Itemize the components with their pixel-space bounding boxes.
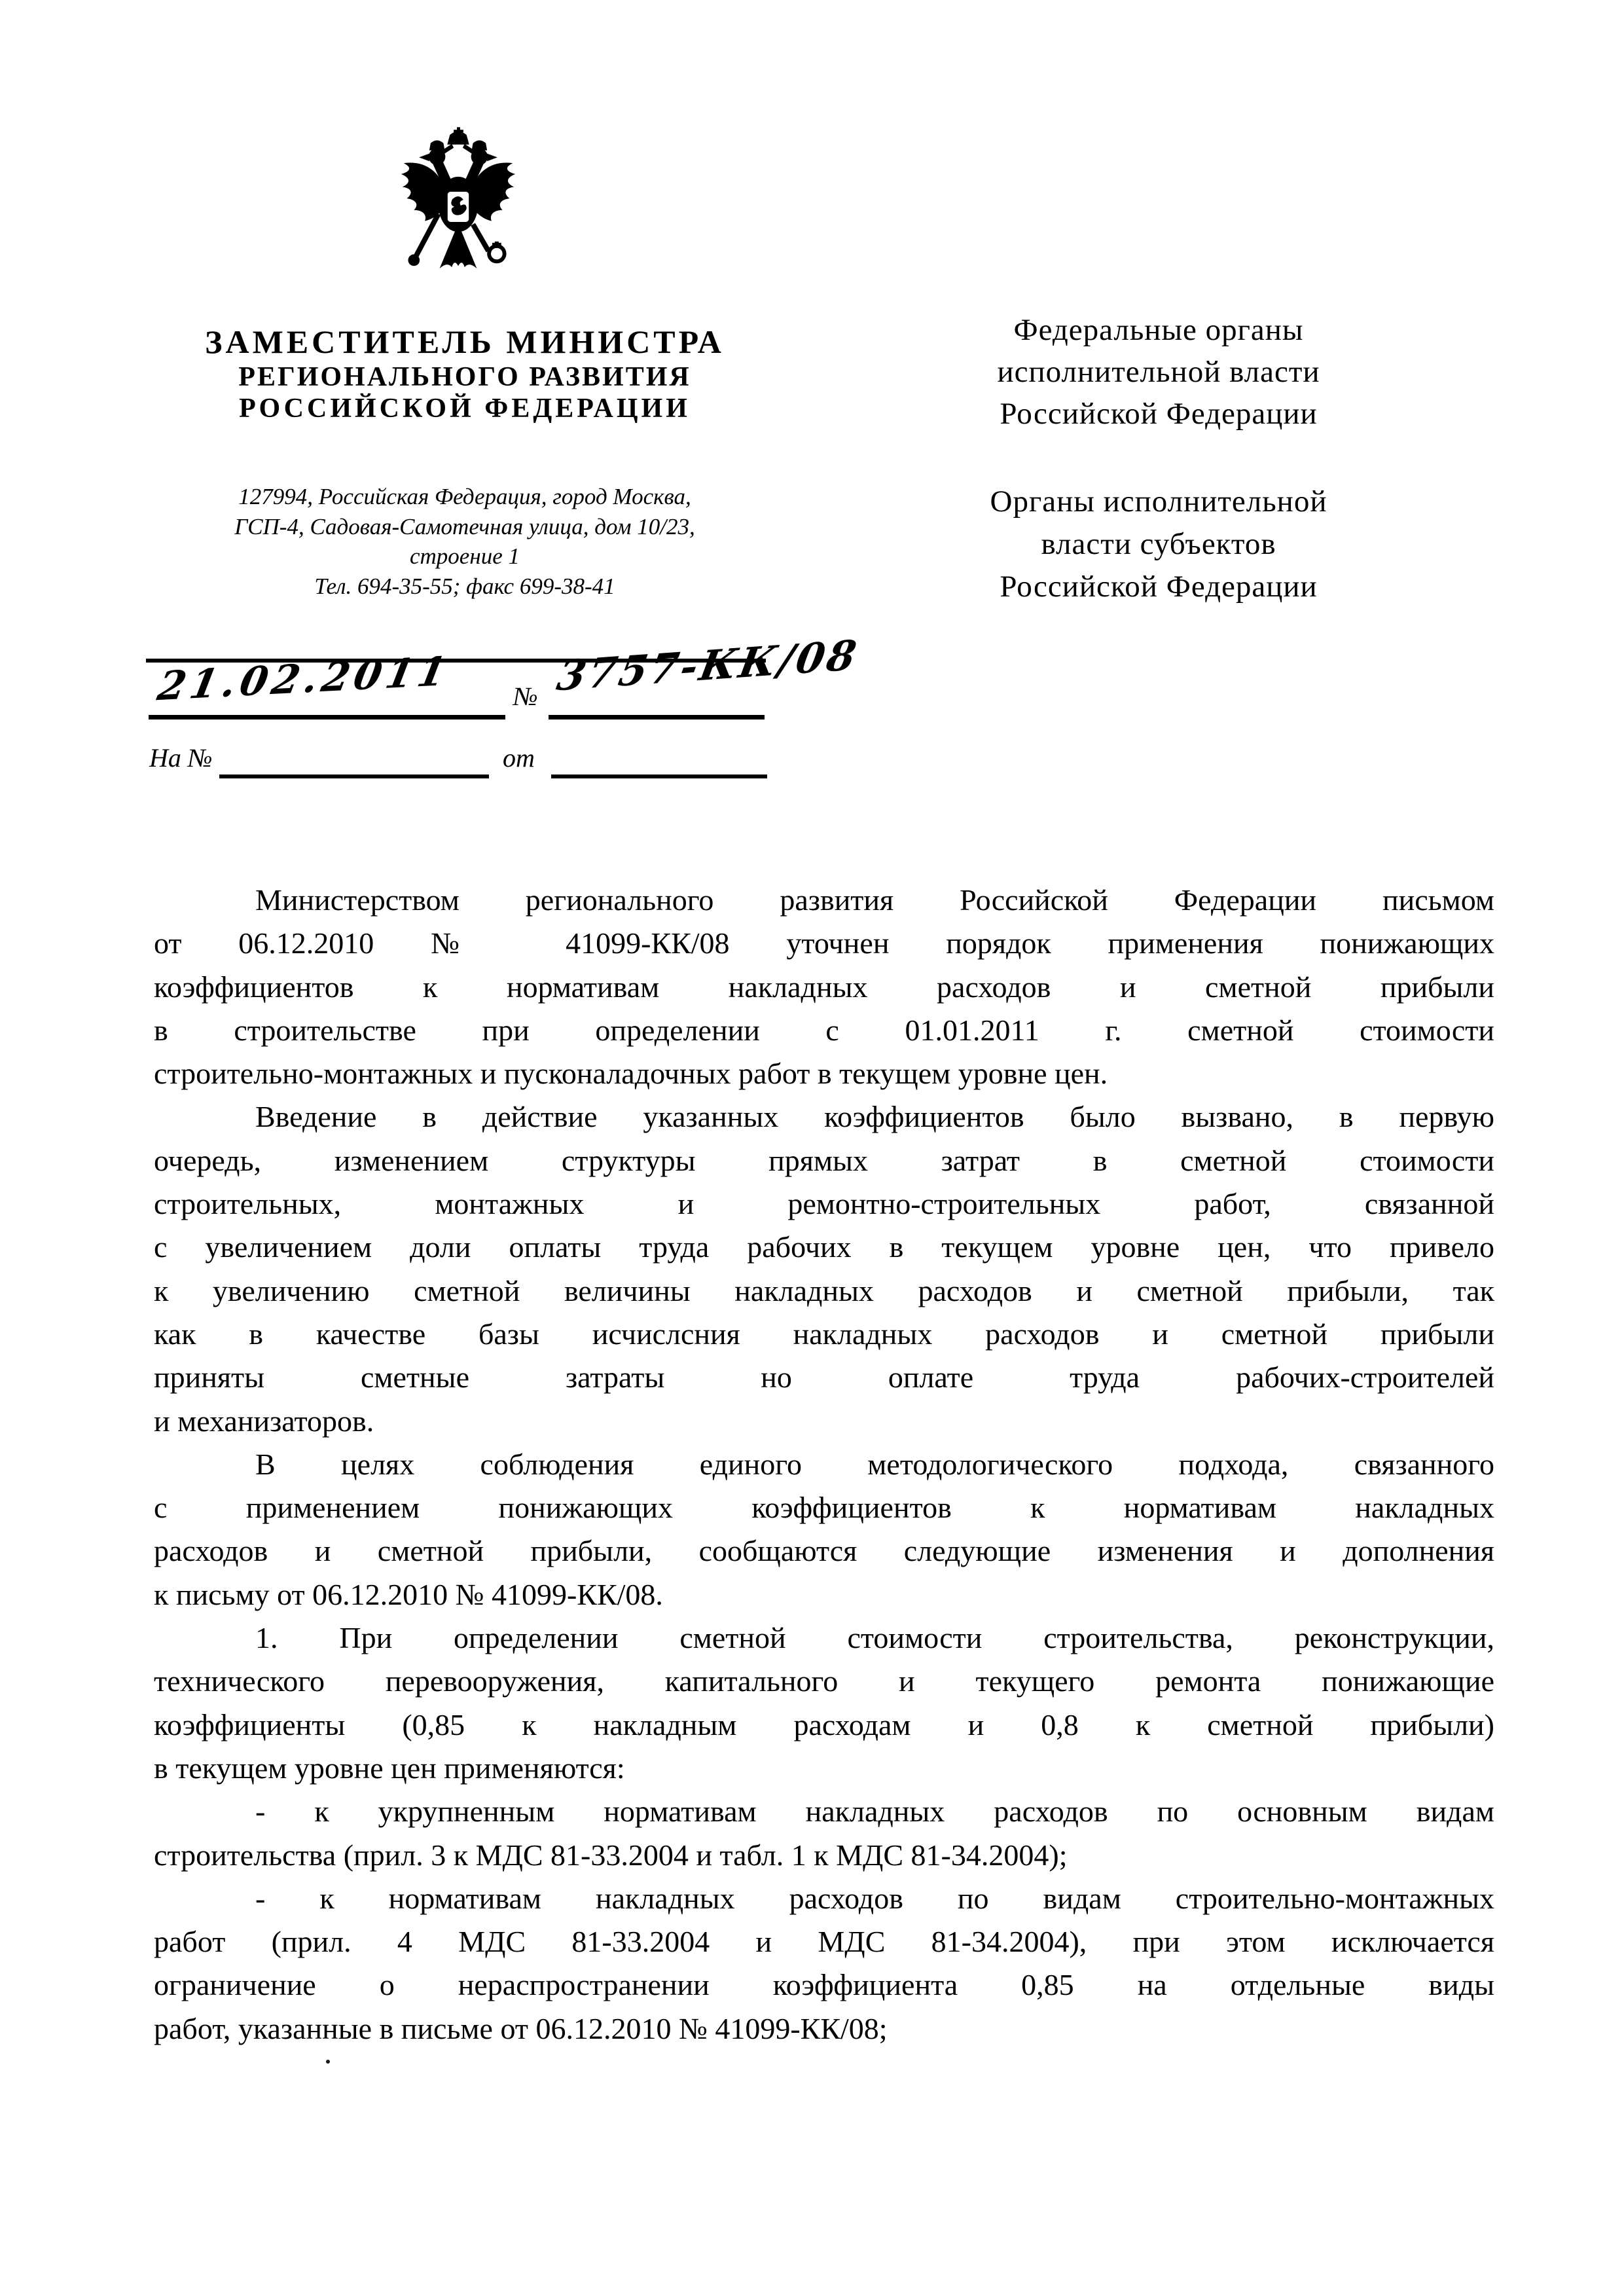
addressee-line: власти субъектов: [929, 523, 1388, 566]
sender-title-line: РЕГИОНАЛЬНОГО РАЗВИТИЯ: [157, 361, 772, 393]
addressee-line: Федеральные органы: [929, 309, 1388, 351]
paragraph: В целях соблюдения единого методологичес…: [154, 1443, 1494, 1616]
body-line: в текущем уровне цен применяются:: [154, 1747, 1494, 1790]
sender-address-line: ГСП-4, Садовая-Самотечная улица, дом 10/…: [157, 512, 772, 542]
body-line: коэффициентов к нормативам накладных рас…: [154, 966, 1494, 1009]
addressee-block-regional: Органы исполнительной власти субъектов Р…: [929, 481, 1388, 608]
sender-address-block: 127994, Российская Федерация, город Моск…: [157, 482, 772, 601]
paragraph: 1. При определении сметной стоимости стр…: [154, 1616, 1494, 1790]
body-line: 1. При определении сметной стоимости стр…: [154, 1616, 1494, 1660]
paragraph: Введение в действие указанных коэффициен…: [154, 1095, 1494, 1442]
body-line: с увеличением доли оплаты труда рабочих …: [154, 1226, 1494, 1269]
body-line: строительных, монтажных и ремонтно-строи…: [154, 1182, 1494, 1226]
body-line: в строительстве при определении с 01.01.…: [154, 1009, 1494, 1052]
handwritten-outgoing-number: 3757-КК/08: [553, 630, 862, 700]
body-line: и механизаторов.: [154, 1400, 1494, 1443]
number-sign-label: №: [513, 681, 538, 712]
body-line: к увеличению сметной величины накладных …: [154, 1269, 1494, 1313]
reply-from-label: от: [503, 742, 535, 773]
body-line: технического перевооружения, капитальног…: [154, 1660, 1494, 1703]
body-line: как в качестве базы исчислсния накладных…: [154, 1313, 1494, 1356]
body-line: строительно-монтажных и пусконаладочных …: [154, 1052, 1494, 1095]
body-line: - к нормативам накладных расходов по вид…: [154, 1877, 1494, 1920]
body-line: Введение в действие указанных коэффициен…: [154, 1095, 1494, 1139]
reply-to-label: На №: [149, 742, 213, 773]
paragraph: - к нормативам накладных расходов по вид…: [154, 1877, 1494, 2050]
body-line: приняты сметные затраты но оплате труда …: [154, 1356, 1494, 1399]
body-line: ограничение о нераспространении коэффици…: [154, 1963, 1494, 2007]
body-line: Министерством регионального развития Рос…: [154, 879, 1494, 922]
paragraph: Министерством регионального развития Рос…: [154, 879, 1494, 1095]
body-line: с применением понижающих коэффициентов к…: [154, 1486, 1494, 1529]
body-line: очередь, изменением структуры прямых зат…: [154, 1139, 1494, 1182]
addressee-line: исполнительной власти: [929, 351, 1388, 393]
number-underline: [549, 715, 765, 720]
addressee-line: Органы исполнительной: [929, 481, 1388, 523]
body-line: - к укрупненным нормативам накладных рас…: [154, 1790, 1494, 1833]
letter-page: ЗАМЕСТИТЕЛЬ МИНИСТРА РЕГИОНАЛЬНОГО РАЗВИ…: [0, 0, 1624, 2296]
body-line: расходов и сметной прибыли, сообщаются с…: [154, 1529, 1494, 1573]
body-line: работ, указанные в письме от 06.12.2010 …: [154, 2007, 1494, 2050]
sender-block: ЗАМЕСТИТЕЛЬ МИНИСТРА РЕГИОНАЛЬНОГО РАЗВИ…: [157, 322, 772, 424]
sender-address-line: строение 1: [157, 541, 772, 572]
body-line: В целях соблюдения единого методологичес…: [154, 1443, 1494, 1486]
handwritten-date: 21.02.2011: [154, 648, 454, 710]
body-line: коэффициенты (0,85 к накладным расходам …: [154, 1704, 1494, 1747]
letter-body: Министерством регионального развития Рос…: [154, 879, 1494, 2050]
addressee-line: Российской Федерации: [929, 566, 1388, 608]
sender-title-line: РОССИЙСКОЙ ФЕДЕРАЦИИ: [157, 393, 772, 424]
sender-address-line: 127994, Российская Федерация, город Моск…: [157, 482, 772, 512]
body-line: к письму от 06.12.2010 № 41099-КК/08.: [154, 1573, 1494, 1616]
body-line: работ (прил. 4 МДС 81-33.2004 и МДС 81-3…: [154, 1920, 1494, 1963]
addressee-line: Российской Федерации: [929, 393, 1388, 435]
body-line: от 06.12.2010 № 41099-КК/08 уточнен поря…: [154, 922, 1494, 965]
reply-number-rule: [219, 774, 489, 778]
sender-address-line: Тел. 694-35-55; факс 699-38-41: [157, 572, 772, 602]
body-line: строительства (прил. 3 к МДС 81-33.2004 …: [154, 1834, 1494, 1877]
sender-title-line: ЗАМЕСТИТЕЛЬ МИНИСТРА: [157, 322, 772, 361]
scan-speck: [326, 2060, 330, 2064]
russian-coat-of-arms-icon: [391, 126, 526, 283]
date-underline: [149, 715, 505, 720]
addressee-block-federal: Федеральные органы исполнительной власти…: [929, 309, 1388, 435]
paragraph: - к укрупненным нормативам накладных рас…: [154, 1790, 1494, 1877]
reply-date-rule: [551, 774, 767, 778]
